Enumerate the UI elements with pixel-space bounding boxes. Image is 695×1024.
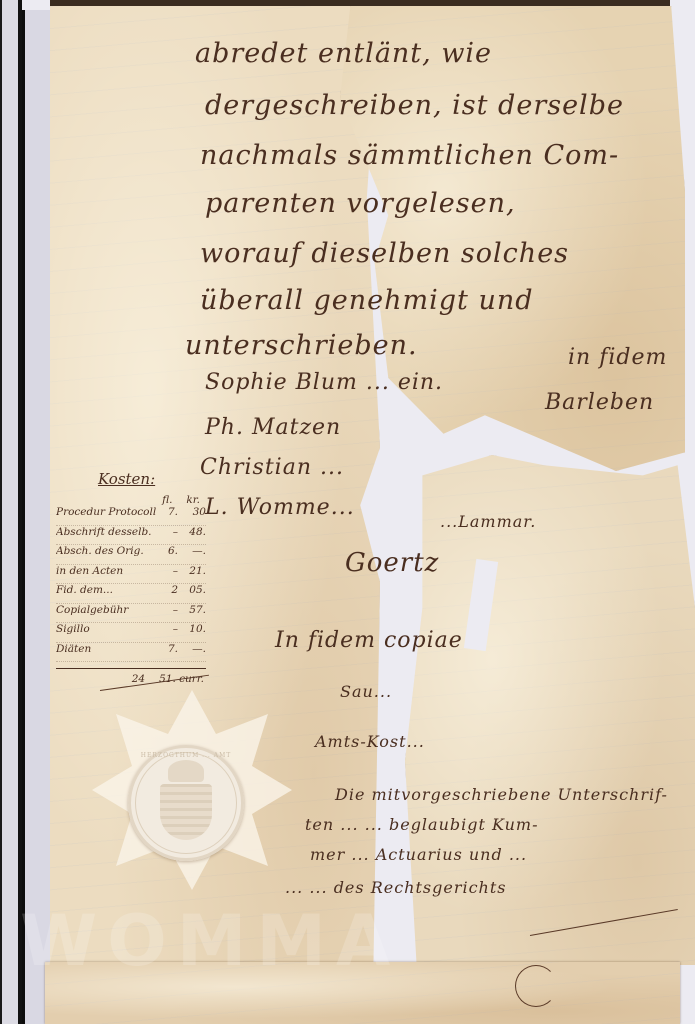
fee-florin: – — [160, 526, 178, 538]
fee-row: Fid. dem... 2 05. — [56, 584, 206, 604]
fee-kreuzer: —. — [178, 545, 206, 557]
unit-kreuzer: kr. — [186, 494, 200, 506]
fee-florin: 6. — [160, 545, 178, 557]
signature-fragment-right: ...Lammar. — [440, 512, 536, 531]
fee-kreuzer: —. — [178, 643, 206, 655]
fee-florin: – — [160, 623, 178, 635]
place-name: Sau... — [340, 682, 392, 701]
fee-total: 24 51. curr. — [56, 668, 206, 685]
fee-row: Abschrift desselb. – 48. — [56, 526, 206, 546]
body-line-1: abredet entlänt, wie — [195, 38, 492, 69]
scanner-edge — [0, 0, 22, 1024]
ink-flourish-loop — [515, 965, 557, 1007]
seal-crown-icon — [168, 760, 204, 782]
body-line-4: parenten vorgelesen, — [205, 188, 516, 219]
fee-florin: – — [160, 604, 178, 616]
fee-label: Abschrift desselb. — [56, 526, 160, 538]
fee-row: Procedur Protocoll 7. 30 — [56, 506, 206, 526]
body-line-5: worauf dieselben solches — [200, 238, 569, 269]
fee-kreuzer: 57. — [178, 604, 206, 616]
fee-label: Procedur Protocoll — [56, 506, 160, 518]
scanner-edge-inner — [22, 10, 53, 1024]
body-line-3: nachmals sämmtlichen Com- — [200, 140, 619, 171]
fee-florin: 2 — [160, 584, 178, 596]
signature-barleben: Barleben — [545, 390, 654, 415]
fee-kreuzer: 21. — [178, 565, 206, 577]
fee-label: Fid. dem... — [56, 584, 160, 596]
fee-row: in den Acten – 21. — [56, 565, 206, 585]
fee-label: Absch. des Orig. — [56, 545, 160, 557]
in-fidem-copiae: In fidem copiae — [275, 628, 463, 653]
fee-total-kreuzer: 51. curr. — [159, 673, 204, 685]
unit-florin: fl. — [162, 494, 172, 506]
fee-florin: – — [160, 565, 178, 577]
signature-womme: L. Womme... — [205, 495, 355, 520]
seal-coat-of-arms-icon — [160, 784, 212, 840]
seal-legend: HERZOGTHUM ... AMT — [128, 752, 244, 759]
signature-sophie: Sophie Blum ... ein. — [205, 370, 443, 395]
fee-florin: 7. — [160, 506, 178, 518]
fee-label: in den Acten — [56, 565, 160, 577]
in-fidem-label: in fidem — [568, 345, 667, 370]
closing-line-3: mer ... Actuarius und ... — [310, 845, 527, 864]
fee-table-units: fl. kr. — [56, 494, 206, 506]
fee-kreuzer: 48. — [178, 526, 206, 538]
body-line-7: unterschrieben. — [185, 330, 418, 361]
fee-label: Diäten — [56, 643, 160, 655]
fee-row: Absch. des Orig. 6. —. — [56, 545, 206, 565]
amts-kosten-line: Amts-Kost... — [315, 732, 425, 751]
signature-matzen: Ph. Matzen — [205, 415, 341, 440]
fee-row: Diäten 7. —. — [56, 643, 206, 663]
fee-kreuzer: 05. — [178, 584, 206, 596]
watermark: WOMMA — [20, 900, 400, 982]
closing-line-2: ten ... ... beglaubigt Kum- — [305, 815, 539, 834]
fee-table-title: Kosten: — [98, 470, 206, 488]
fee-label: Sigillo — [56, 623, 160, 635]
fee-florin: 7. — [160, 643, 178, 655]
closing-line-4: ... ... des Rechtsgerichts — [285, 878, 507, 897]
body-line-6: überall genehmigt und — [200, 285, 534, 316]
fee-kreuzer: 30 — [178, 506, 206, 518]
fee-table: Kosten: fl. kr. Procedur Protocoll 7. 30… — [56, 470, 206, 685]
closing-line-1: Die mitvorgeschriebene Unterschrif- — [335, 785, 668, 804]
fee-kreuzer: 10. — [178, 623, 206, 635]
signature-christian: Christian ... — [200, 455, 344, 480]
fee-row: Sigillo – 10. — [56, 623, 206, 643]
signature-goertz: Goertz — [345, 548, 439, 578]
body-line-2: dergeschreiben, ist derselbe — [205, 90, 624, 121]
fee-label: Copialgebühr — [56, 604, 160, 616]
fee-total-florin: 24 — [132, 673, 145, 685]
fee-row: Copialgebühr – 57. — [56, 604, 206, 624]
